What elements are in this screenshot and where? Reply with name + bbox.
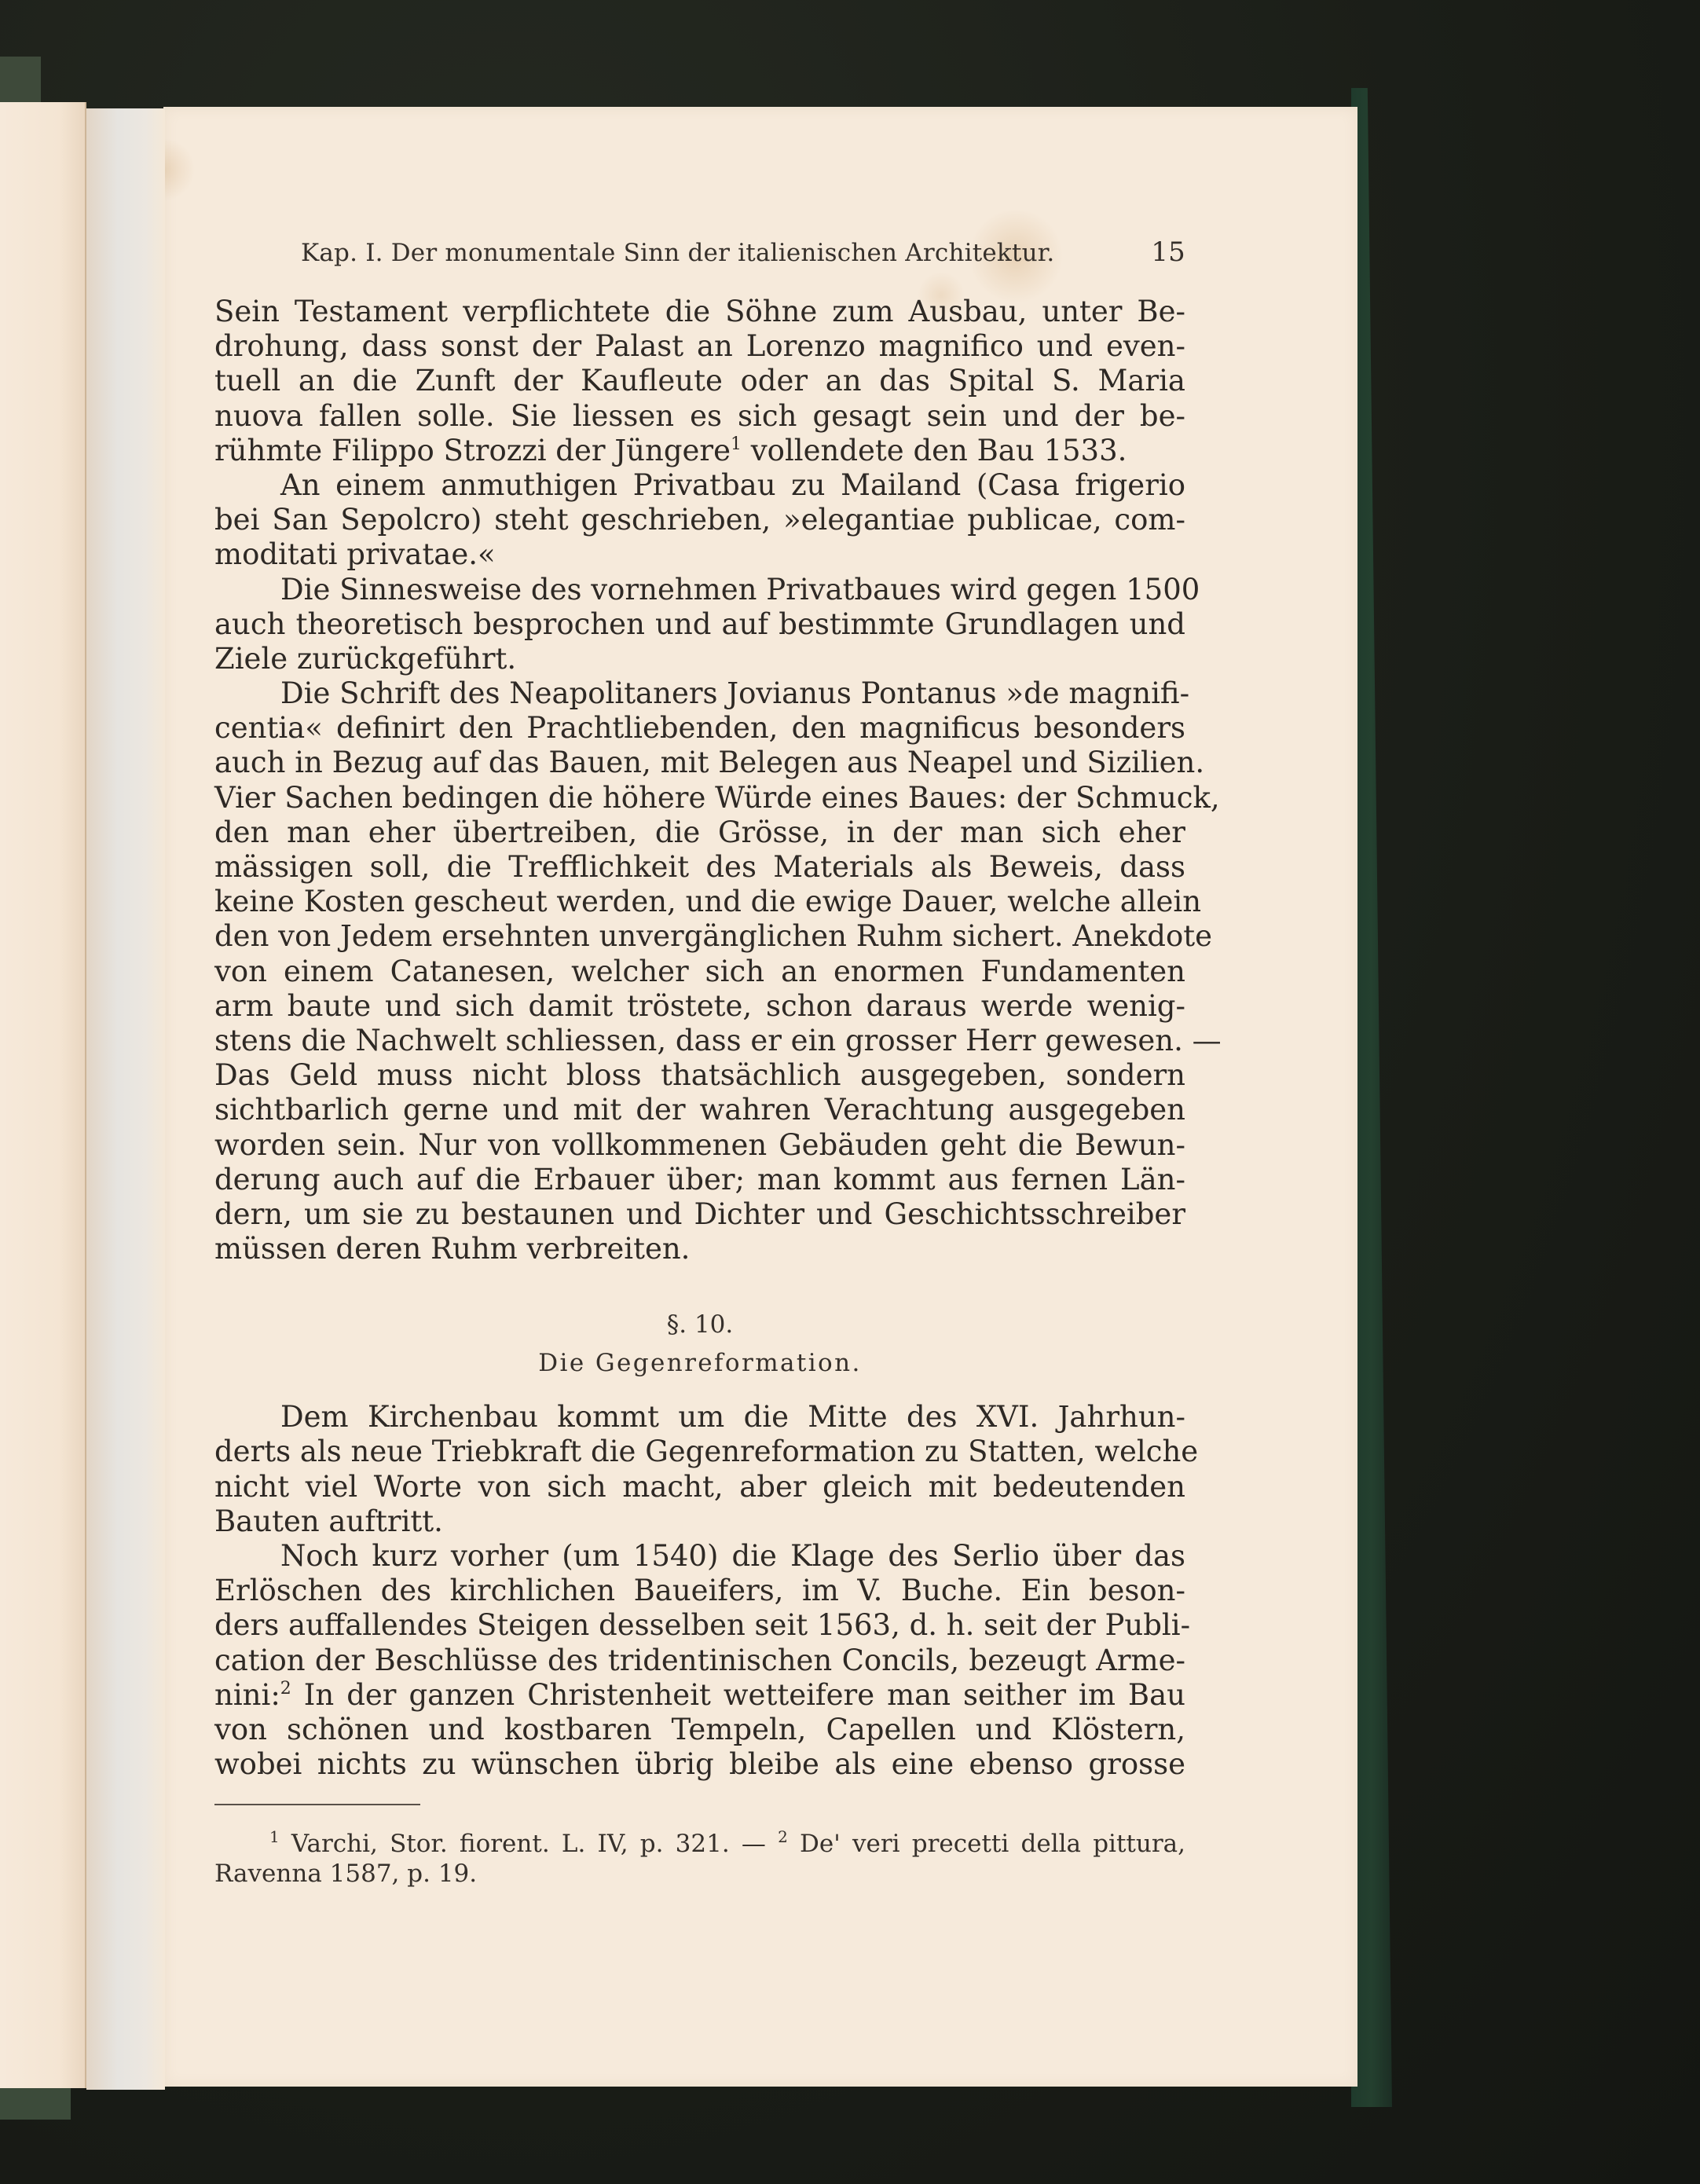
text-line: auch in Bezug auf das Bauen, mit Belegen… (214, 746, 1185, 780)
text-line: rühmte Filippo Strozzi der Jüngere1 voll… (214, 434, 1185, 468)
page-number: 15 (1151, 236, 1185, 268)
text-line: den man eher übertreiben, die Grösse, in… (214, 815, 1185, 850)
text-line: nuova fallen solle. Sie liessen es sich … (214, 399, 1185, 434)
text-line: müssen deren Ruhm verbreiten. (214, 1232, 1185, 1266)
text-line: Ziele zurückgeführt. (214, 642, 1185, 676)
text-line: bei San Sepolcro) steht geschrieben, »el… (214, 503, 1185, 537)
text-line: mässigen soll, die Trefflichkeit des Mat… (214, 850, 1185, 885)
text-line: von schönen und kostbaren Tempeln, Capel… (214, 1713, 1185, 1747)
left-cover-corner (0, 57, 41, 102)
footnote-ref: 1 (731, 434, 742, 454)
text-line: Noch kurz vorher (um 1540) die Klage des… (214, 1539, 1185, 1574)
chapter-title: Kap. I. Der monumentale Sinn der italien… (301, 239, 1054, 267)
text-line: arm baute und sich damit tröstete, schon… (214, 989, 1185, 1024)
text-line: worden sein. Nur von vollkommenen Gebäud… (214, 1128, 1185, 1163)
body-text: Sein Testament verpflichtete die Söhne z… (214, 295, 1185, 1782)
section-body: Dem Kirchenbau kommt um die Mitte des XV… (214, 1400, 1185, 1782)
text-line: Das Geld muss nicht bloss thatsächlich a… (214, 1058, 1185, 1093)
book-page: Kap. I. Der monumentale Sinn der italien… (163, 107, 1357, 2087)
text-line: Sein Testament verpflichtete die Söhne z… (214, 295, 1185, 329)
text-line: cation der Beschlüsse des tridentinische… (214, 1643, 1185, 1678)
footnote-ref: 2 (280, 1679, 291, 1698)
paragraph: Dem Kirchenbau kommt um die Mitte des XV… (214, 1400, 1185, 1539)
text-line: stens die Nachwelt schliessen, dass er e… (214, 1024, 1185, 1058)
text-line: tuell an die Zunft der Kaufleute oder an… (214, 364, 1185, 398)
section-number: §. 10. (214, 1306, 1185, 1343)
paragraph: Sein Testament verpflichtete die Söhne z… (214, 295, 1185, 468)
footnote-ref: 2 (778, 1827, 788, 1846)
text-line: ders auffallendes Steigen desselben seit… (214, 1608, 1185, 1643)
text-line: Die Sinnesweise des vornehmen Privatbaue… (214, 573, 1185, 607)
text-line: auch theoretisch besprochen und auf best… (214, 607, 1185, 642)
text-line: Die Schrift des Neapolitaners Jovianus P… (214, 676, 1185, 711)
text-line: derung auch auf die Erbauer über; man ko… (214, 1163, 1185, 1197)
section-heading: §. 10. Die Gegenreformation. (214, 1306, 1185, 1383)
text-line: von einem Catanesen, welcher sich an eno… (214, 955, 1185, 989)
text-line: dern, um sie zu bestaunen und Dichter un… (214, 1197, 1185, 1232)
text-line: An einem anmuthigen Privatbau zu Mailand… (214, 468, 1185, 503)
running-head: Kap. I. Der monumentale Sinn der italien… (301, 236, 1185, 273)
footnote-line: 1 Varchi, Stor. fiorent. L. IV, p. 321. … (214, 1829, 1185, 1859)
text-line: derts als neue Triebkraft die Gegenrefor… (214, 1435, 1185, 1469)
text-line: keine Kosten gescheut werden, und die ew… (214, 885, 1185, 919)
paragraph: Noch kurz vorher (um 1540) die Klage des… (214, 1539, 1185, 1782)
previous-page-edge (0, 102, 86, 2088)
text-line: wobei nichts zu wünschen übrig bleibe al… (214, 1747, 1185, 1782)
text-line: Bauten auftritt. (214, 1504, 1185, 1539)
text-line: sichtbarlich gerne und mit der wahren Ve… (214, 1093, 1185, 1127)
footnote-ref: 1 (269, 1827, 280, 1846)
text-line: Erlöschen des kirchlichen Baueifers, im … (214, 1574, 1185, 1608)
text-line: den von Jedem ersehnten unvergänglichen … (214, 919, 1185, 954)
page-content: Kap. I. Der monumentale Sinn der italien… (214, 236, 1185, 1889)
page-gutter (86, 108, 165, 2090)
text-line: nicht viel Worte von sich macht, aber gl… (214, 1470, 1185, 1504)
text-line: Vier Sachen bedingen die höhere Würde ei… (214, 781, 1185, 815)
section-title: Die Gegenreformation. (214, 1343, 1185, 1383)
paragraph: Die Sinnesweise des vornehmen Privatbaue… (214, 573, 1185, 677)
footnote-divider (214, 1804, 420, 1805)
footnote-line: Ravenna 1587, p. 19. (214, 1859, 1185, 1889)
text-line: Dem Kirchenbau kommt um die Mitte des XV… (214, 1400, 1185, 1435)
text-line: nini:2 In der ganzen Christenheit wettei… (214, 1678, 1185, 1713)
text-line: centia« definirt den Prachtliebenden, de… (214, 711, 1185, 746)
text-line: moditati privatae.« (214, 537, 1185, 572)
footnotes: 1 Varchi, Stor. fiorent. L. IV, p. 321. … (214, 1829, 1185, 1889)
paragraph: Die Schrift des Neapolitaners Jovianus P… (214, 676, 1185, 1266)
left-cover-corner-bottom (0, 2088, 71, 2120)
paragraph-list: Sein Testament verpflichtete die Söhne z… (214, 295, 1185, 1266)
paragraph: An einem anmuthigen Privatbau zu Mailand… (214, 468, 1185, 573)
text-line: drohung, dass sonst der Palast an Lorenz… (214, 329, 1185, 364)
